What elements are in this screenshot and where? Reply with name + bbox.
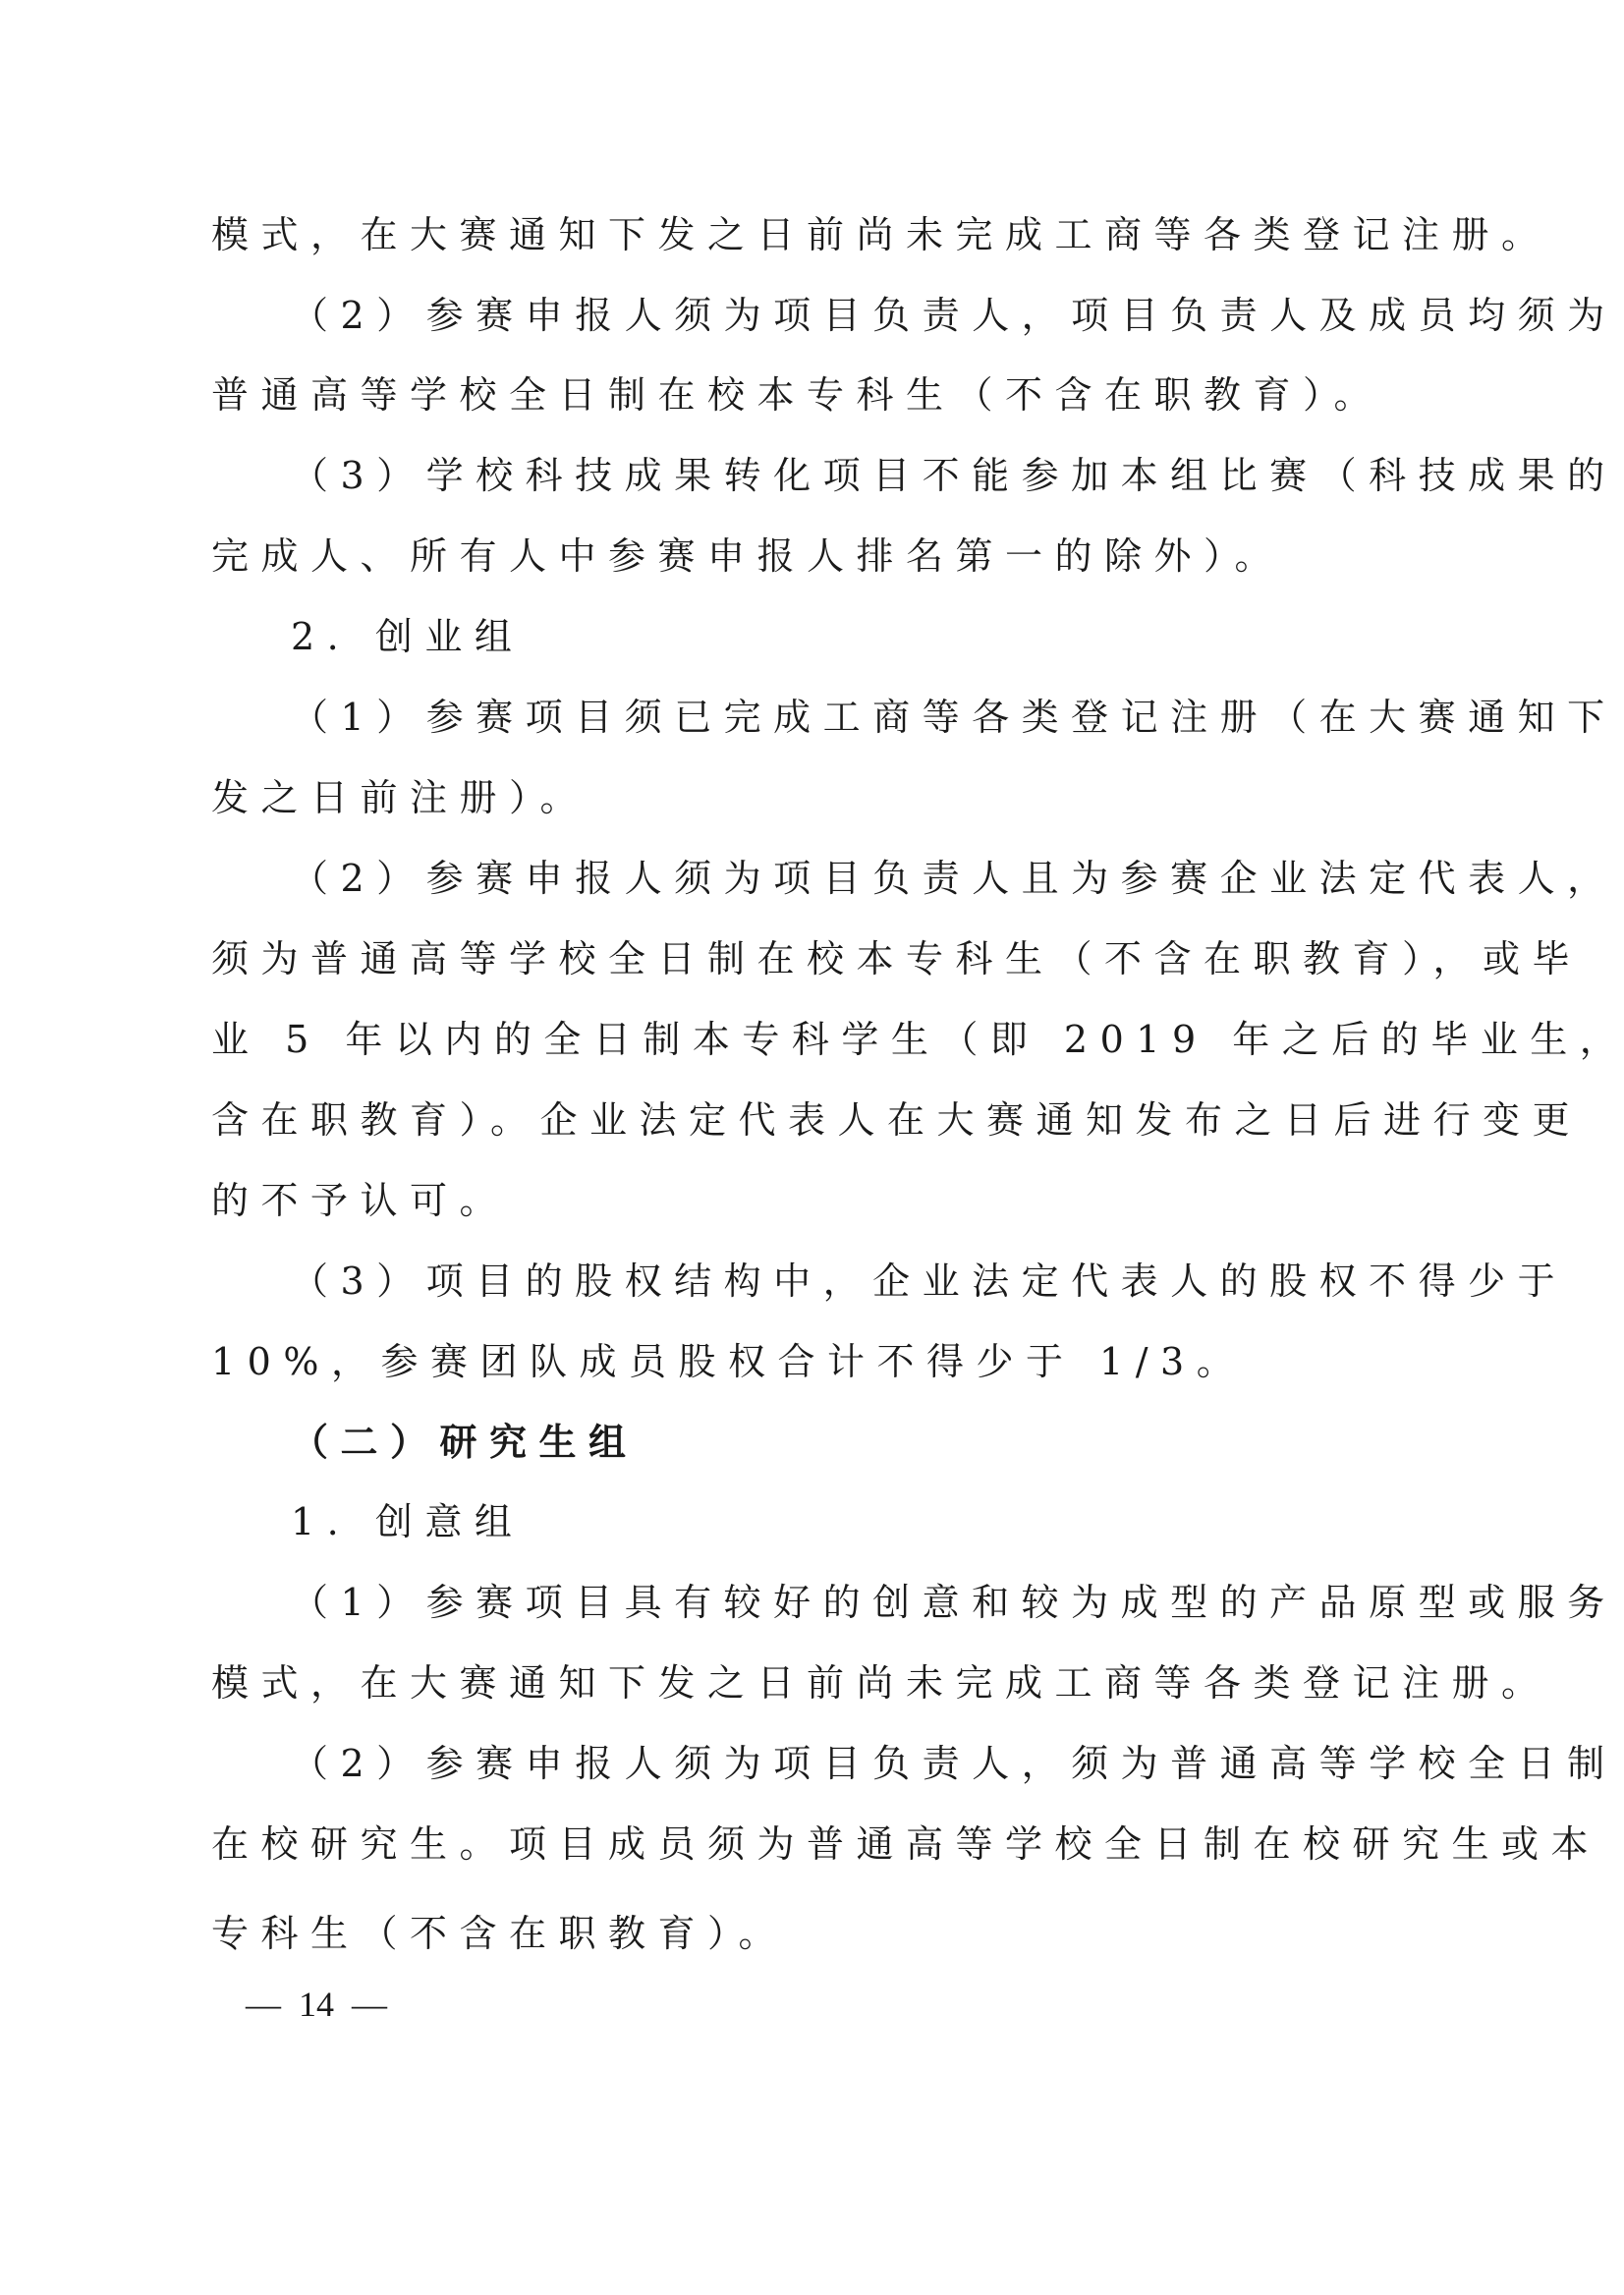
- paragraph-line: 模式，在大赛通知下发之日前尚未完成工商等各类登记注册。: [211, 1643, 1429, 1723]
- page-number: — 14 —: [246, 1977, 387, 2032]
- paragraph-line: （2）参赛申报人须为项目负责人且为参赛企业法定代表人，: [291, 838, 1509, 919]
- paragraph-line: （1）参赛项目须已完成工商等各类登记注册（在大赛通知下: [291, 677, 1509, 757]
- paragraph-line: 模式，在大赛通知下发之日前尚未完成工商等各类登记注册。: [211, 195, 1429, 275]
- paragraph-line: 在校研究生。项目成员须为普通高等学校全日制在校研究生或本: [211, 1804, 1429, 1884]
- paragraph-line: 专科生（不含在职教育）。: [211, 1893, 1429, 1974]
- section-heading: 2. 创业组: [291, 596, 1509, 677]
- section-heading: （二）研究生组: [291, 1402, 1509, 1483]
- paragraph-line: （3）项目的股权结构中，企业法定代表人的股权不得少于: [291, 1241, 1509, 1321]
- paragraph-line: 完成人、所有人中参赛申报人排名第一的除外）。: [211, 516, 1429, 596]
- paragraph-line: （2）参赛申报人须为项目负责人，项目负责人及成员均须为: [291, 275, 1509, 356]
- paragraph-line: 须为普通高等学校全日制在校本专科生（不含在职教育），或毕: [211, 919, 1429, 999]
- paragraph-line: 10%，参赛团队成员股权合计不得少于 1/3。: [211, 1321, 1429, 1402]
- paragraph-line: 普通高等学校全日制在校本专科生（不含在职教育）。: [211, 355, 1429, 435]
- paragraph-line: （1）参赛项目具有较好的创意和较为成型的产品原型或服务: [291, 1562, 1509, 1643]
- paragraph-line: （3）学校科技成果转化项目不能参加本组比赛（科技成果的: [291, 435, 1509, 516]
- paragraph-line: 发之日前注册）。: [211, 757, 1429, 838]
- paragraph-line: 的不予认可。: [211, 1160, 1429, 1241]
- subsection-heading: 1. 创意组: [291, 1482, 1509, 1562]
- paragraph-line: （2）参赛申报人须为项目负责人，须为普通高等学校全日制: [291, 1723, 1509, 1804]
- paragraph-line: 含在职教育）。企业法定代表人在大赛通知发布之日后进行变更: [211, 1080, 1429, 1160]
- paragraph-line: 业 5 年以内的全日制本专科学生（即 2019 年之后的毕业生，不: [211, 999, 1429, 1080]
- document-page: 模式，在大赛通知下发之日前尚未完成工商等各类登记注册。 （2）参赛申报人须为项目…: [0, 0, 1624, 2295]
